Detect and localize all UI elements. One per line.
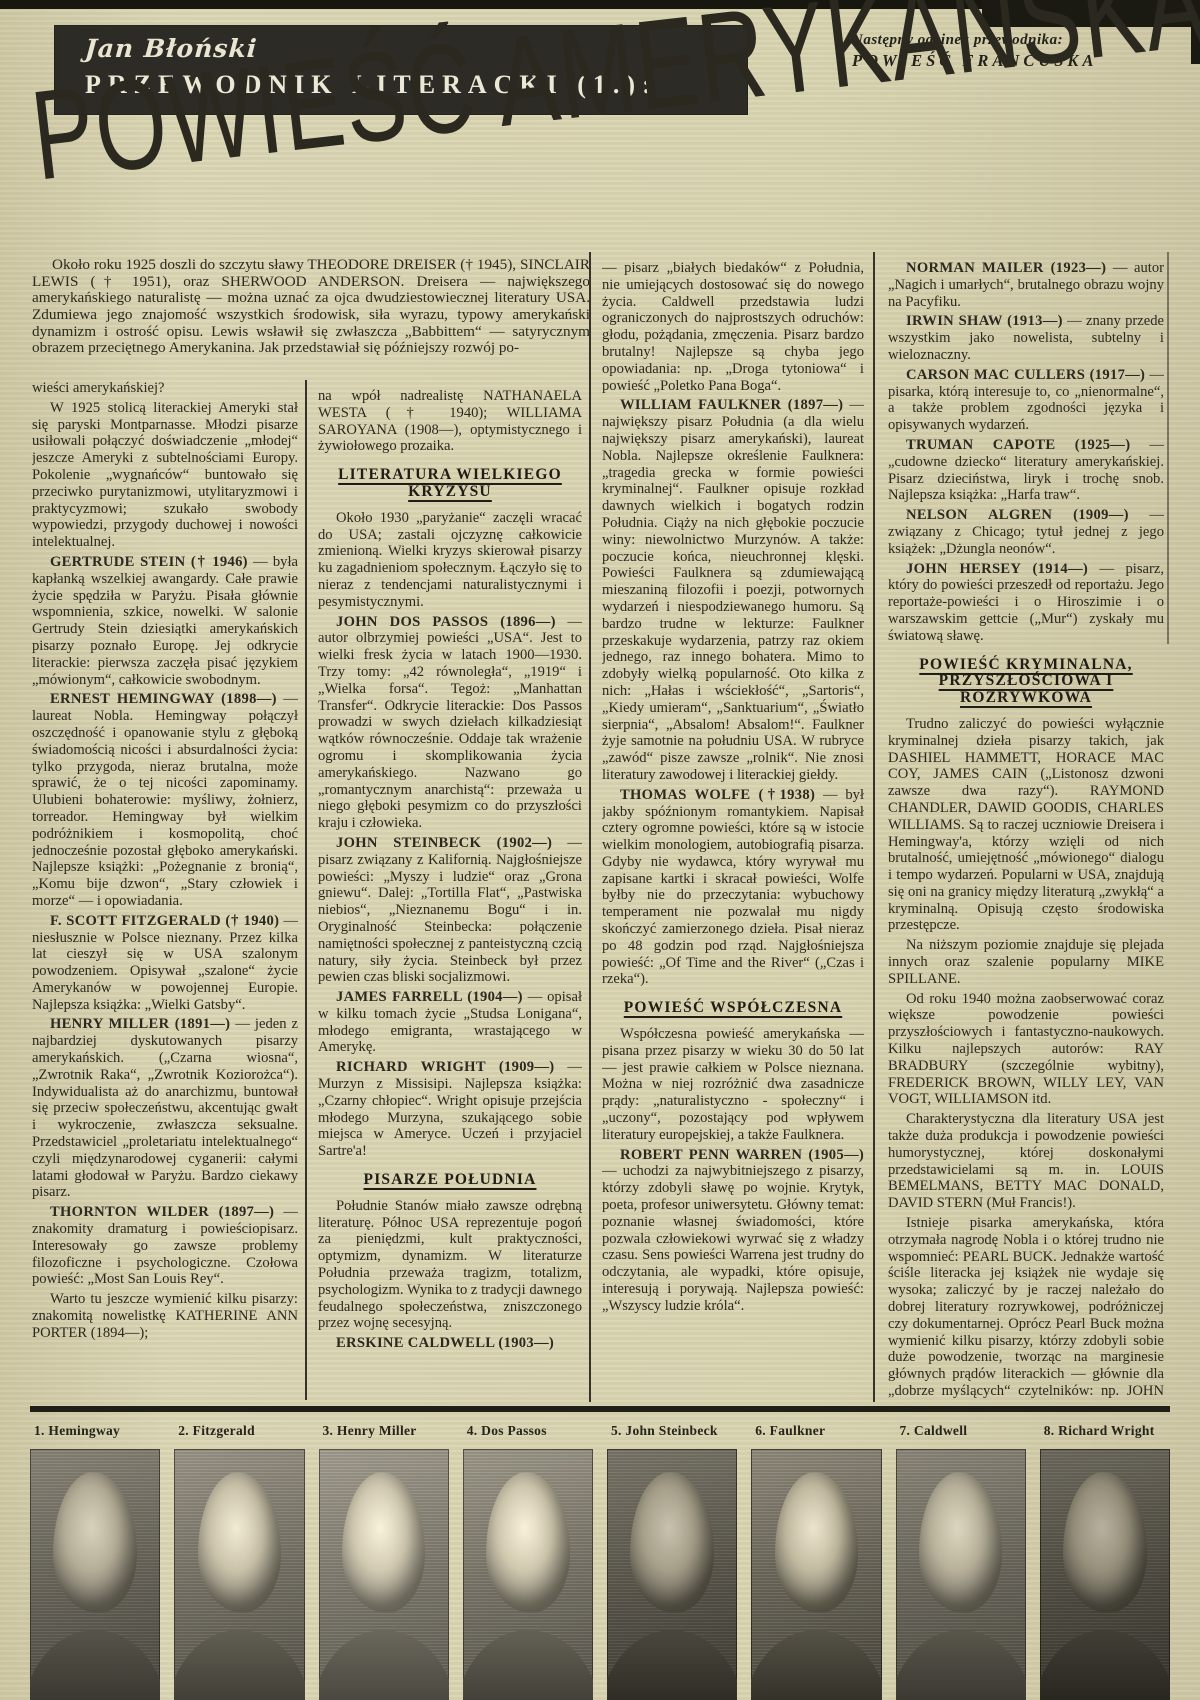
para-erskine-caldwell-lead: ERSKINE CALDWELL (1903—) — [318, 1335, 582, 1352]
intro-paragraph: Około roku 1925 doszli do szczytu sławy … — [32, 257, 590, 393]
para-mike-spillane: Na niższym poziomie znajduje się plejada… — [888, 937, 1164, 987]
para-norman-mailer: NORMAN MAILER (1923—) — autor „Nagich i … — [888, 260, 1164, 310]
portrait-figure-henry-miller: 3. Henry Miller — [319, 1421, 449, 1700]
column-1: wieści amerykańskiej? W 1925 stolicą lit… — [32, 380, 298, 1402]
para-crime-writers: Trudno zaliczyć do powieści wyłącznie kr… — [888, 716, 1164, 934]
para-thornton-wilder: THORNTON WILDER (1897—) — znakomity dram… — [32, 1204, 298, 1288]
portrait-caption: 3. Henry Miller — [323, 1423, 449, 1439]
author-algren: NELSON ALGREN (1909—) — [906, 507, 1129, 523]
para-irwin-shaw: IRWIN SHAW (1913—) — znany przede wszyst… — [888, 313, 1164, 363]
para-robert-penn-warren: ROBERT PENN WARREN (1905—) — uchodzi za … — [602, 1147, 864, 1315]
author-faulkner: WILLIAM FAULKNER (1897—) — [620, 397, 843, 413]
para-farrell: JAMES FARRELL (1904—) — opisał w kilku t… — [318, 989, 582, 1056]
portrait-photo-dos-passos — [463, 1449, 593, 1700]
para-text: — była kapłanką wszelkiej awangardy. Cał… — [32, 554, 298, 688]
para-south-north: Południe Stanów miało zawsze odrębną lit… — [318, 1198, 582, 1332]
portrait-photo-hemingway — [30, 1449, 160, 1700]
section-header-crime-scifi-entertainment: POWIEŚĆ KRYMINALNA, PRZYSZŁOŚCIOWA I ROZ… — [894, 657, 1158, 707]
author-mailer: NORMAN MAILER (1923—) — [906, 260, 1106, 276]
para-pearl-buck: Istnieje pisarka amerykańska, która otrz… — [888, 1215, 1164, 1402]
column-4: NORMAN MAILER (1923—) — autor „Nagich i … — [888, 260, 1164, 1402]
author-thornton-wilder: THORNTON WILDER (1897—) — [50, 1204, 274, 1220]
portrait-figure-hemingway: 1. Hemingway — [30, 1421, 160, 1700]
para-text: — był jakby spóźnionym romantykiem. Napi… — [602, 787, 864, 988]
author-mccullers: CARSON MAC CULLERS (1917—) — [906, 367, 1145, 383]
portrait-row: 1. Hemingway 2. Fitzgerald 3. Henry Mill… — [30, 1421, 1170, 1700]
author-thomas-wolfe: THOMAS WOLFE (†1938) — [620, 787, 815, 803]
photo-strip: 1. Hemingway 2. Fitzgerald 3. Henry Mill… — [30, 1406, 1170, 1700]
para-science-fiction: Od roku 1940 można zaobserwować coraz wi… — [888, 991, 1164, 1109]
author-gertrude-stein: GERTRUDE STEIN († 1946) — [50, 554, 248, 570]
section-header-southern-writers: PISARZE POŁUDNIA — [324, 1172, 576, 1189]
portrait-figure-john-steinbeck: 5. John Steinbeck — [607, 1421, 737, 1700]
para-hemingway: ERNEST HEMINGWAY (1898—) — laureat Nobla… — [32, 691, 298, 909]
para-gertrude-stein: GERTRUDE STEIN († 1946) — była kapłanką … — [32, 554, 298, 688]
para-dos-passos: JOHN DOS PASSOS (1896—) — autor olbrzymi… — [318, 614, 582, 832]
author-warren: ROBERT PENN WARREN (1905—) — [620, 1147, 864, 1163]
para-text: — jeden z najbardziej dyskutowanych pisa… — [32, 1016, 298, 1200]
portrait-caption: 2. Fitzgerald — [178, 1423, 304, 1439]
column-divider — [589, 252, 591, 1402]
para-truman-capote: TRUMAN CAPOTE (1925—) — „cudowne dziecko… — [888, 437, 1164, 504]
para-contemporary-novel: Współczesna powieść amerykańska — pisana… — [602, 1026, 864, 1144]
para-faulkner: WILLIAM FAULKNER (1897—) — największy pi… — [602, 397, 864, 783]
para-text: — największy pisarz Południa (a dla wiel… — [602, 397, 864, 783]
author-capote: TRUMAN CAPOTE (1925—) — [906, 437, 1130, 453]
para-henry-miller: HENRY MILLER (1891—) — jeden z najbardzi… — [32, 1016, 298, 1201]
para-montparnasse: W 1925 stolicą literackiej Ameryki stał … — [32, 400, 298, 551]
column-divider — [305, 380, 307, 1400]
portrait-caption: 6. Faulkner — [755, 1423, 881, 1439]
portrait-caption: 1. Hemingway — [34, 1423, 160, 1439]
para-text: — uchodzi za najwybitniejszego z pisarzy… — [602, 1163, 864, 1313]
portrait-photo-faulkner — [751, 1449, 881, 1700]
section-header-great-depression: LITERATURA WIELKIEGO KRYZYSU — [324, 467, 576, 501]
author-caldwell: ERSKINE CALDWELL (1903—) — [336, 1335, 554, 1351]
portrait-figure-fitzgerald: 2. Fitzgerald — [174, 1421, 304, 1700]
scanned-newspaper-page: { "colors": { "paper": "#d9d4b1", "ink":… — [0, 0, 1200, 1700]
portrait-photo-caldwell — [896, 1449, 1026, 1700]
para-1930-return: Około 1930 „paryżanie“ zaczęli wracać do… — [318, 510, 582, 611]
para-text: — autor olbrzymiej powieści „USA“. Jest … — [318, 614, 582, 832]
author-fitzgerald: F. SCOTT FITZGERALD († 1940) — [50, 913, 279, 929]
author-dos-passos: JOHN DOS PASSOS (1896—) — [336, 614, 556, 630]
column-3: — pisarz „białych biedaków“ z Południa, … — [602, 260, 864, 1402]
para-thomas-wolfe: THOMAS WOLFE (†1938) — był jakby spóźnio… — [602, 787, 864, 989]
column-divider — [873, 252, 875, 1402]
author-shaw: IRWIN SHAW (1913—) — [906, 313, 1063, 329]
para-john-hersey: JOHN HERSEY (1914—) — pisarz, który do p… — [888, 561, 1164, 645]
para-caldwell-continuation: — pisarz „białych biedaków“ z Południa, … — [602, 260, 864, 394]
portrait-photo-fitzgerald — [174, 1449, 304, 1700]
para-richard-wright: RICHARD WRIGHT (1909—) — Murzyn z Missis… — [318, 1059, 582, 1160]
portrait-caption: 7. Caldwell — [900, 1423, 1026, 1439]
section-header-contemporary-novel: POWIEŚĆ WSPÓŁCZESNA — [608, 1000, 858, 1017]
portrait-figure-richard-wright: 8. Richard Wright — [1040, 1421, 1170, 1700]
portrait-figure-faulkner: 6. Faulkner — [751, 1421, 881, 1700]
author-steinbeck: JOHN STEINBECK (1902—) — [336, 835, 552, 851]
para-carson-mccullers: CARSON MAC CULLERS (1917—) — pisarka, kt… — [888, 367, 1164, 434]
para-katherine-ann-porter: Warto tu jeszcze wymienić kilku pisarzy:… — [32, 1291, 298, 1341]
para-fitzgerald: F. SCOTT FITZGERALD († 1940) — niesłuszn… — [32, 913, 298, 1014]
author-richard-wright: RICHARD WRIGHT (1909—) — [336, 1059, 554, 1075]
para-humorous-novel: Charakterystyczna dla literatury USA jes… — [888, 1111, 1164, 1212]
para-west-saroyan: na wpół nadrealistę NATHANAELA WESTA († … — [318, 388, 582, 455]
para-text: — pisarz związany z Kalifornią. Najgłośn… — [318, 835, 582, 985]
portrait-caption: 5. John Steinbeck — [611, 1423, 737, 1439]
column-2: na wpół nadrealistę NATHANAELA WESTA († … — [318, 388, 582, 1402]
intro-continuation: wieści amerykańskiej? — [32, 380, 298, 397]
portrait-photo-richard-wright — [1040, 1449, 1170, 1700]
portrait-photo-john-steinbeck — [607, 1449, 737, 1700]
portrait-figure-caldwell: 7. Caldwell — [896, 1421, 1026, 1700]
author-hersey: JOHN HERSEY (1914—) — [906, 561, 1088, 577]
portrait-caption: 4. Dos Passos — [467, 1423, 593, 1439]
portrait-caption: 8. Richard Wright — [1044, 1423, 1170, 1439]
para-nelson-algren: NELSON ALGREN (1909—) — związany z Chica… — [888, 507, 1164, 557]
portrait-figure-dos-passos: 4. Dos Passos — [463, 1421, 593, 1700]
para-text: — laureat Nobla. Hemingway połączył oszc… — [32, 691, 298, 909]
portrait-photo-henry-miller — [319, 1449, 449, 1700]
margin-rule — [1167, 252, 1169, 644]
horizontal-rule — [30, 1406, 1170, 1412]
author-hemingway: ERNEST HEMINGWAY (1898—) — [50, 691, 277, 707]
para-steinbeck: JOHN STEINBECK (1902—) — pisarz związany… — [318, 835, 582, 986]
author-farrell: JAMES FARRELL (1904—) — [336, 989, 523, 1005]
author-henry-miller: HENRY MILLER (1891—) — [50, 1016, 230, 1032]
